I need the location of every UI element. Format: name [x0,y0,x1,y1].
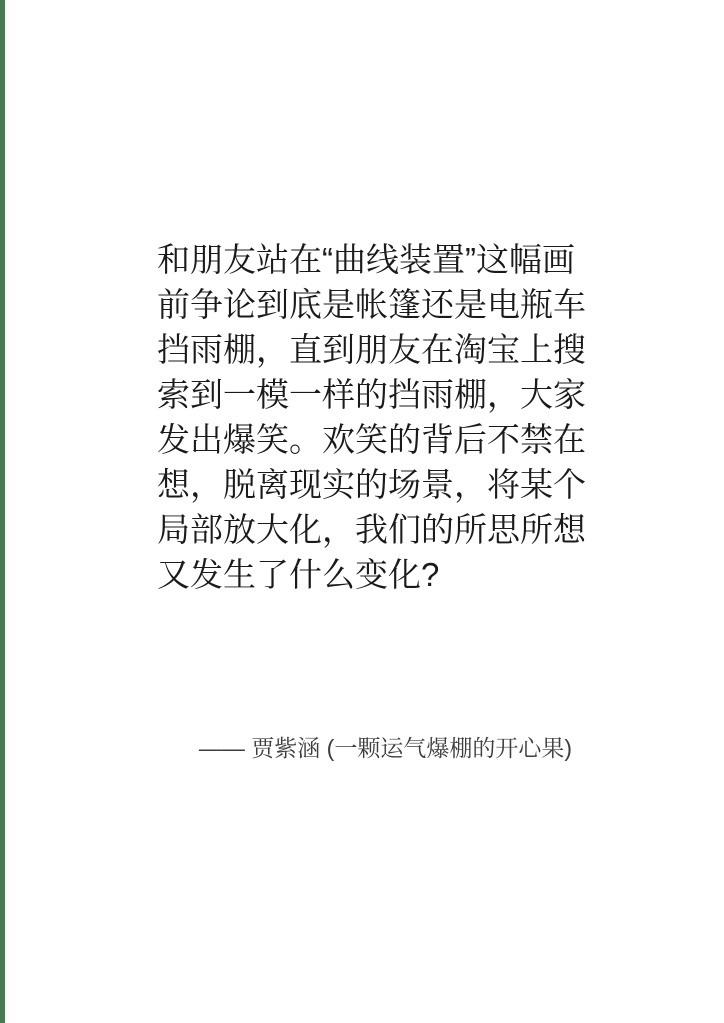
quote-line: 和朋友站在“曲线装置”这幅画 [157,237,572,282]
quote-line: 又发生了什么变化? [157,552,572,597]
attribution-line: —— 贾紫涵 (一颗运气爆棚的开心果) [157,732,572,764]
quote-line: 索到一模一样的挡雨棚，大家 [157,372,572,417]
quote-line: 局部放大化，我们的所思所想 [157,507,572,552]
quote-line: 发出爆笑。欢笑的背后不禁在 [157,417,572,462]
quote-line: 挡雨棚，直到朋友在淘宝上搜 [157,327,572,372]
quote-line: 前争论到底是帐篷还是电瓶车 [157,282,572,327]
left-accent-stripe [0,0,5,1023]
quote-line: 想，脱离现实的场景，将某个 [157,462,572,507]
quote-paragraph: 和朋友站在“曲线装置”这幅画 前争论到底是帐篷还是电瓶车 挡雨棚，直到朋友在淘宝… [157,237,572,597]
